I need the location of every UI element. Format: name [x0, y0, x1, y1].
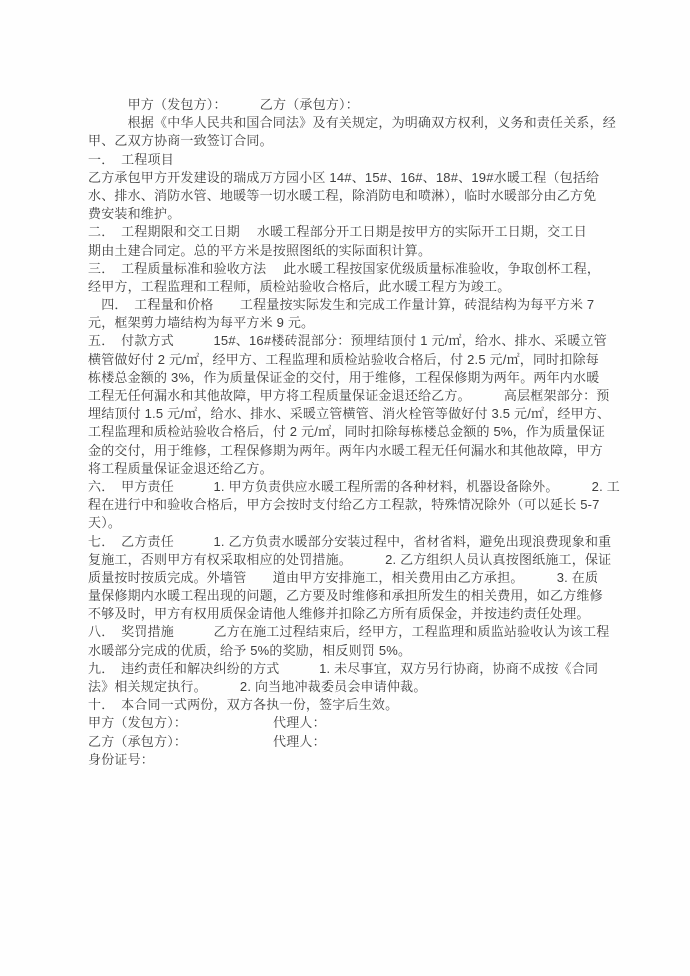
- doc-line-section-6: 六． 甲方责任 1. 甲方负责供应水暖工程所需的各种材料，机器设备除外。 2. …: [88, 478, 648, 496]
- doc-line-section-1-body: 费安装和维护。: [88, 205, 648, 223]
- doc-line-section-5-cont: 埋结顶付 1.5 元/㎡，给水、排水、采暖立管横管、消火栓管等做好付 3.5 元…: [88, 405, 648, 423]
- document-body: 甲方（发包方）： 乙方（承包方）： 根据《中华人民共和国合同法》及有关规定，为明…: [88, 96, 648, 769]
- doc-line-section-5-cont: 栋楼总金额的 3%，作为质量保证金的交付，用于维修，工程保修期为两年。两年内水暖: [88, 369, 648, 387]
- doc-line-section-9: 九． 违约责任和解决纠纷的方式 1. 未尽事宜，双方另行协商，协商不成按《合同: [88, 660, 648, 678]
- doc-line-section-1-title: 一． 工程项目: [88, 151, 648, 169]
- doc-line-section-3: 三． 工程质量标准和验收方法 此水暖工程按国家优级质量标准验收，争取创杯工程，: [88, 260, 648, 278]
- doc-line-section-7-cont: 不够及时，甲方有权用质保金请他人维修并扣除乙方所有质保金，并按违约责任处理。: [88, 605, 648, 623]
- doc-line-section-8-cont: 水暖部分完成的优质，给予 5%的奖励，相反则罚 5%。: [88, 642, 648, 660]
- doc-line-preamble: 根据《中华人民共和国合同法》及有关规定，为明确双方权利，义务和责任关系，经: [88, 114, 648, 132]
- doc-line-section-5: 五． 付款方式 15#、16#楼砖混部分：预埋结顶付 1 元/㎡，给水、排水、采…: [88, 332, 648, 350]
- doc-line-section-3-cont: 经甲方，工程监理和工程师，质检站验收合格后，此水暖工程方为竣工。: [88, 278, 648, 296]
- doc-line-signature-party-b: 乙方（承包方）： 代理人：: [88, 733, 648, 751]
- doc-line-section-6-cont: 程在进行中和验收合格后，甲方会按时支付给乙方工程款，特殊情况除外（可以延长 5-…: [88, 496, 648, 514]
- doc-line-section-2-cont: 期由土建合同定。总的平方米是按照图纸的实际面积计算。: [88, 242, 648, 260]
- doc-line-preamble-cont: 甲、乙双方协商一致签订合同。: [88, 132, 648, 150]
- doc-line-section-1-body: 乙方承包甲方开发建设的瑞成万方园小区 14#、15#、16#、18#、19#水暖…: [88, 169, 648, 187]
- doc-line-section-7-cont: 质量按时按质完成。外墙管 道由甲方安排施工，相关费用由乙方承担。 3. 在质: [88, 569, 648, 587]
- doc-line-section-4: 四． 工程量和价格 工程量按实际发生和完成工作量计算，砖混结构为每平方米 7: [88, 296, 648, 314]
- doc-line-section-5-cont: 将工程质量保证金退还给乙方。: [88, 460, 648, 478]
- doc-line-section-8: 八． 奖罚措施 乙方在施工过程结束后，经甲方，工程监理和质监站验收认为该工程: [88, 623, 648, 641]
- doc-line-parties-header: 甲方（发包方）： 乙方（承包方）：: [88, 96, 648, 114]
- doc-line-section-1-body: 水、排水、消防水管、地暖等一切水暖工程，除消防电和喷淋），临时水暖部分由乙方免: [88, 187, 648, 205]
- doc-line-section-9-cont: 法》相关规定执行。 2. 向当地冲裁委员会申请仲裁。: [88, 678, 648, 696]
- doc-line-section-5-cont: 金的交付，用于维修，工程保修期为两年。两年内水暖工程无任何漏水和其他故障，甲方: [88, 442, 648, 460]
- doc-line-section-4-cont: 元，框架剪力墙结构为每平方米 9 元。: [88, 314, 648, 332]
- doc-line-section-5-cont: 横管做好付 2 元/㎡，经甲方、工程监理和质检站验收合格后，付 2.5 元/㎡，…: [88, 351, 648, 369]
- doc-line-section-7-cont: 复施工，否则甲方有权采取相应的处罚措施。 2. 乙方组织人员认真按图纸施工，保证: [88, 551, 648, 569]
- doc-line-section-6-cont: 天）。: [88, 514, 648, 532]
- doc-line-id-number: 身份证号：: [88, 751, 648, 769]
- doc-line-section-7-cont: 量保修期内水暖工程出现的问题，乙方要及时维修和承担所发生的相关费用，如乙方维修: [88, 587, 648, 605]
- doc-line-section-5-cont: 工程无任何漏水和其他故障，甲方将工程质量保证金退还给乙方。 高层框架部分：预: [88, 387, 648, 405]
- document-page: 甲方（发包方）： 乙方（承包方）： 根据《中华人民共和国合同法》及有关规定，为明…: [0, 0, 690, 976]
- doc-line-section-10: 十． 本合同一式两份，双方各执一份，签字后生效。: [88, 696, 648, 714]
- doc-line-section-7: 七． 乙方责任 1. 乙方负责水暖部分安装过程中，省材省料，避免出现浪费现象和重: [88, 533, 648, 551]
- doc-line-section-5-cont: 工程监理和质检站验收合格后，付 2 元/㎡，同时扣除每栋楼总金额的 5%，作为质…: [88, 423, 648, 441]
- doc-line-section-2: 二． 工程期限和交工日期 水暖工程部分开工日期是按甲方的实际开工日期，交工日: [88, 223, 648, 241]
- doc-line-signature-party-a: 甲方（发包方）： 代理人：: [88, 714, 648, 732]
